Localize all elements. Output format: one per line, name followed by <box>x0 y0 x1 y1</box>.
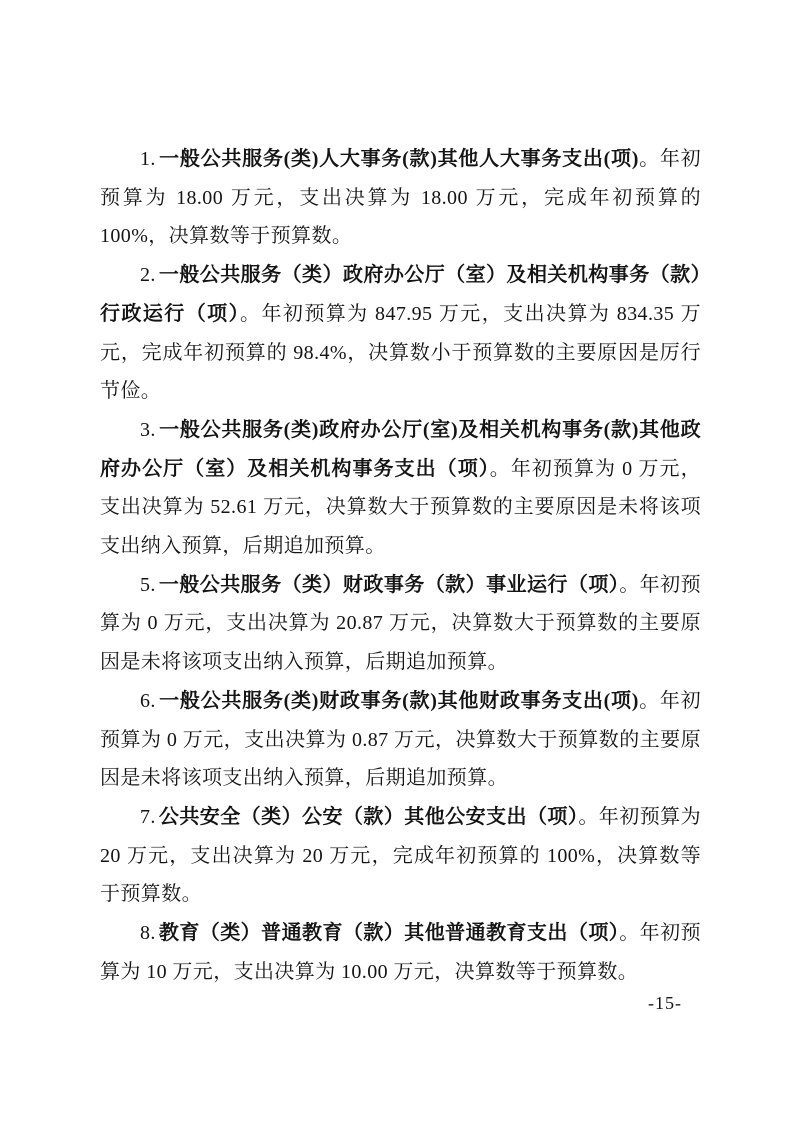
paragraph-7: 7.公共安全（类）公安（款）其他公安支出（项）。年初预算为 20 万元，支出决算… <box>100 798 701 914</box>
item-number: 2. <box>140 264 156 286</box>
item-heading: 教育（类）普通教育（款）其他普通教育支出（项） <box>159 922 619 944</box>
paragraph-1: 1.一般公共服务(类)人大事务(款)其他人大事务支出(项)。年初预算为 18.0… <box>100 140 701 256</box>
item-number: 1. <box>140 148 156 170</box>
paragraph-5: 5.一般公共服务（类）财政事务（款）事业运行（项）。年初预算为 0 万元，支出决… <box>100 566 701 682</box>
text-block: 1.一般公共服务(类)人大事务(款)其他人大事务支出(项)。年初预算为 18.0… <box>100 140 701 991</box>
item-heading: 公共安全（类）公安（款）其他公安支出（项） <box>159 806 579 828</box>
document-page: 1.一般公共服务(类)人大事务(款)其他人大事务支出(项)。年初预算为 18.0… <box>0 0 793 1122</box>
item-heading: 一般公共服务（类）财政事务（款）事业运行（项） <box>159 574 619 596</box>
item-heading: 一般公共服务(类)财政事务(款)其他财政事务支出(项) <box>159 690 639 712</box>
item-number: 6. <box>140 690 156 712</box>
item-number: 5. <box>140 574 156 596</box>
paragraph-2: 2.一般公共服务（类）政府办公厅（室）及相关机构事务（款）行政运行（项）。年初预… <box>100 256 701 411</box>
item-number: 3. <box>140 419 156 441</box>
item-heading: 一般公共服务(类)人大事务(款)其他人大事务支出(项) <box>159 148 639 170</box>
item-number: 8. <box>140 922 156 944</box>
paragraph-8: 8.教育（类）普通教育（款）其他普通教育支出（项）。年初预算为 10 万元，支出… <box>100 914 701 991</box>
page-number: -15- <box>648 993 682 1014</box>
paragraph-3: 3.一般公共服务(类)政府办公厅(室)及相关机构事务(款)其他政府办公厅（室）及… <box>100 411 701 566</box>
item-number: 7. <box>140 806 156 828</box>
paragraph-6: 6.一般公共服务(类)财政事务(款)其他财政事务支出(项)。年初预算为 0 万元… <box>100 682 701 798</box>
